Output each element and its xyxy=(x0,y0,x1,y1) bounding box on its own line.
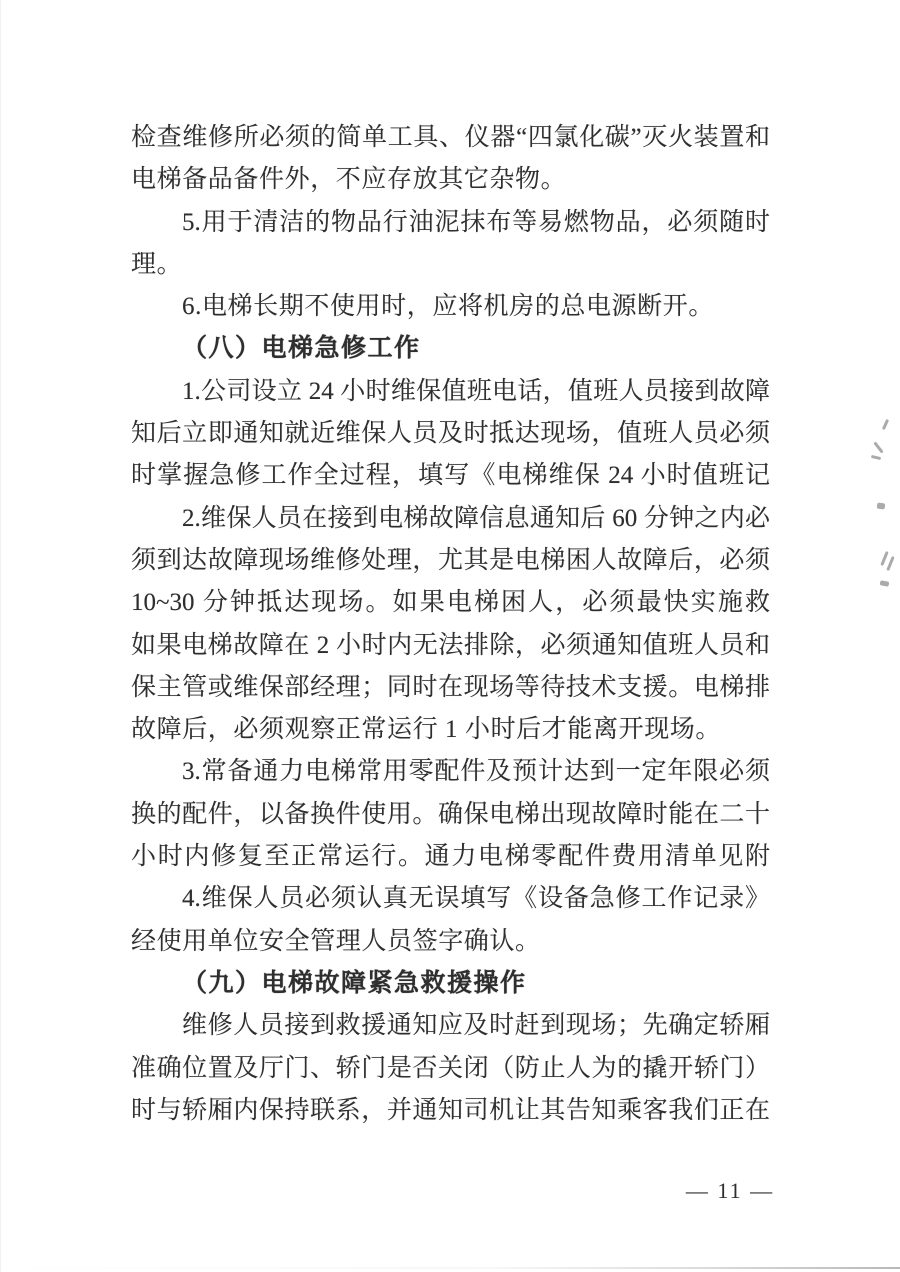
body-line: 4.维保人员必须认真无误填写《设备急修工作记录》并 xyxy=(131,878,770,920)
document-body: 检查维修所必须的简单工具、仪器“四氯化碳”灭火装置和 电梯备品备件外，不应存放其… xyxy=(131,117,770,1132)
body-line: 如果电梯故障在 2 小时内无法排除，必须通知值班人员和维 xyxy=(131,625,770,667)
scan-smudge-icon xyxy=(886,556,894,571)
body-line: 经使用单位安全管理人员签字确认。 xyxy=(131,921,770,963)
scan-smudge-icon xyxy=(873,441,883,453)
scan-smudge-icon xyxy=(882,419,889,430)
body-line: 2.维保人员在接到电梯故障信息通知后 60 分钟之内必 xyxy=(131,498,770,540)
document-page: 检查维修所必须的简单工具、仪器“四氯化碳”灭火装置和 电梯备品备件外，不应存放其… xyxy=(0,0,900,1272)
body-line: 故障后，必须观察正常运行 1 小时后才能离开现场。 xyxy=(131,709,770,751)
body-line: 6.电梯长期不使用时，应将机房的总电源断开。 xyxy=(131,286,770,328)
body-line: 换的配件，以备换件使用。确保电梯出现故障时能在二十四 xyxy=(131,794,770,836)
section-heading: （九）电梯故障紧急救援操作 xyxy=(131,963,770,1005)
page-number: — 11 — xyxy=(655,1178,805,1204)
body-line: 时掌握急修工作全过程，填写《电梯维保 24 小时值班记录》。 xyxy=(131,455,770,497)
body-line: 知后立即通知就近维保人员及时抵达现场，值班人员必须随 xyxy=(131,413,770,455)
section-heading: （八）电梯急修工作 xyxy=(131,328,770,370)
body-line: 准确位置及厅门、轿门是否关闭（防止人为的撬开轿门）同 xyxy=(131,1048,770,1090)
scan-smudge-icon xyxy=(877,502,886,509)
body-line: 检查维修所必须的简单工具、仪器“四氯化碳”灭火装置和 xyxy=(131,117,770,159)
body-line: 须到达故障现场维修处理，尤其是电梯困人故障后，必须在 xyxy=(131,540,770,582)
scan-edge-shadow xyxy=(0,0,1,1272)
body-line: 5.用于清洁的物品行油泥抹布等易燃物品，必须随时清 xyxy=(131,202,770,244)
scan-smudge-icon xyxy=(871,455,881,460)
body-line: 1.公司设立 24 小时维保值班电话，值班人员接到故障通 xyxy=(131,371,770,413)
body-line: 3.常备通力电梯常用零配件及预计达到一定年限必须更 xyxy=(131,751,770,793)
body-line: 10~30 分钟抵达现场。如果电梯困人，必须最快实施救援； xyxy=(131,582,770,624)
scan-smudge-icon xyxy=(880,580,890,586)
scan-edge-shadow xyxy=(0,1267,900,1269)
body-line: 保主管或维保部经理；同时在现场等待技术支援。电梯排除 xyxy=(131,667,770,709)
body-line: 理。 xyxy=(131,244,770,286)
body-line: 小时内修复至正常运行。通力电梯零配件费用清单见附件。 xyxy=(131,836,770,878)
body-line: 时与轿厢内保持联系，并通知司机让其告知乘客我们正在处 xyxy=(131,1090,770,1132)
body-line: 维修人员接到救援通知应及时赶到现场；先确定轿厢的 xyxy=(131,1005,770,1047)
body-line: 电梯备品备件外，不应存放其它杂物。 xyxy=(131,159,770,201)
